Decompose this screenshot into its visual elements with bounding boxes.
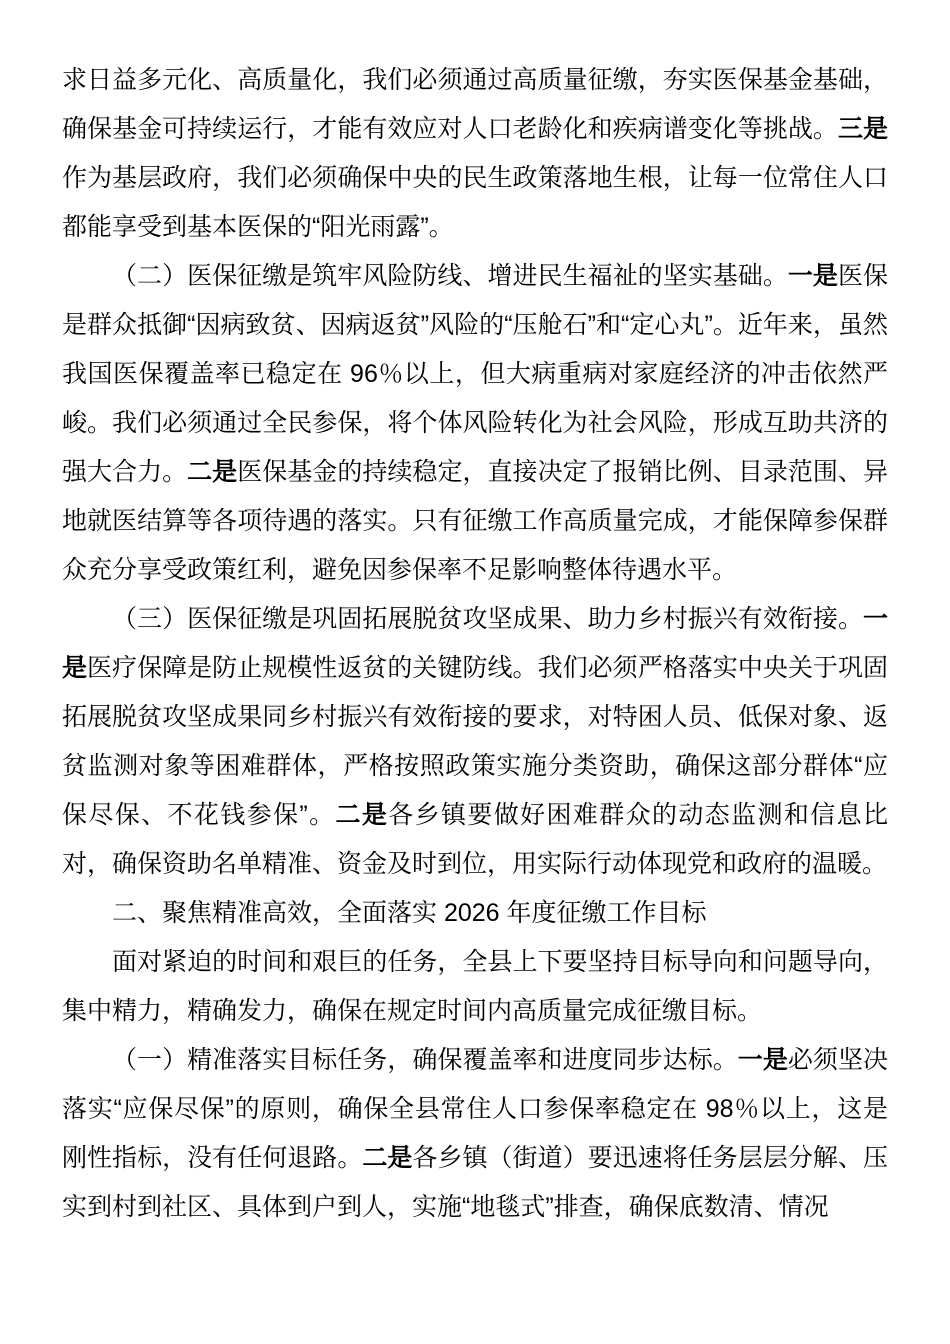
para-section-1-point-3: （三）医保征缴是巩固拓展脱贫攻坚成果、助力乡村振兴有效衔接。一是医疗保障是防止规… bbox=[62, 595, 888, 889]
text-run: （三）医保征缴是巩固拓展脱贫攻坚成果、助力乡村振兴有效衔接。 bbox=[112, 605, 863, 633]
text-run: 作为基层政府，我们必须确保中央的民生政策落地生根，让每一位常住人口都能享受到基本… bbox=[62, 164, 888, 241]
para-section-2-point-1: （一）精准落实目标任务，确保覆盖率和进度同步达标。一是必须坚决落实“应保尽保”的… bbox=[62, 1036, 888, 1232]
emphasis-run: 三是 bbox=[838, 115, 888, 143]
text-run: 面对紧迫的时间和艰巨的任务，全县上下要坚持目标导向和问题导向，集中精力，精确发力… bbox=[62, 948, 888, 1025]
heading-section-2: 二、聚焦精准高效，全面落实 2026 年度征缴工作目标 bbox=[62, 889, 888, 938]
text-run: 求日益多元化、高质量化，我们必须通过高质量征缴，夯实医保基金基础，确保基金可持续… bbox=[62, 66, 888, 143]
text-run: （一）精准落实目标任务，确保覆盖率和进度同步达标。 bbox=[112, 1046, 738, 1074]
para-section-1-point-2: （二）医保征缴是筑牢风险防线、增进民生福祉的坚实基础。一是医保是群众抵御“因病致… bbox=[62, 252, 888, 595]
document-page: { "page": { "background": "#ffffff", "te… bbox=[0, 0, 950, 1344]
emphasis-run: 二是 bbox=[362, 1144, 412, 1172]
emphasis-run: 一是 bbox=[788, 262, 838, 290]
emphasis-run: 二是 bbox=[187, 458, 237, 486]
emphasis-run: 一是 bbox=[738, 1046, 788, 1074]
document-content: 求日益多元化、高质量化，我们必须通过高质量征缴，夯实医保基金基础，确保基金可持续… bbox=[0, 0, 950, 1344]
para-continuation-from-previous-page: 求日益多元化、高质量化，我们必须通过高质量征缴，夯实医保基金基础，确保基金可持续… bbox=[62, 56, 888, 252]
para-section-2-intro: 面对紧迫的时间和艰巨的任务，全县上下要坚持目标导向和问题导向，集中精力，精确发力… bbox=[62, 938, 888, 1036]
text-run: 医保是群众抵御“因病致贫、因病返贫”风险的“压舱石”和“定心丸”。近年来，虽然我… bbox=[62, 262, 888, 486]
text-run: 二、聚焦精准高效，全面落实 2026 年度征缴工作目标 bbox=[112, 899, 707, 927]
emphasis-run: 二是 bbox=[335, 801, 388, 829]
text-run: （二）医保征缴是筑牢风险防线、增进民生福祉的坚实基础。 bbox=[112, 262, 788, 290]
